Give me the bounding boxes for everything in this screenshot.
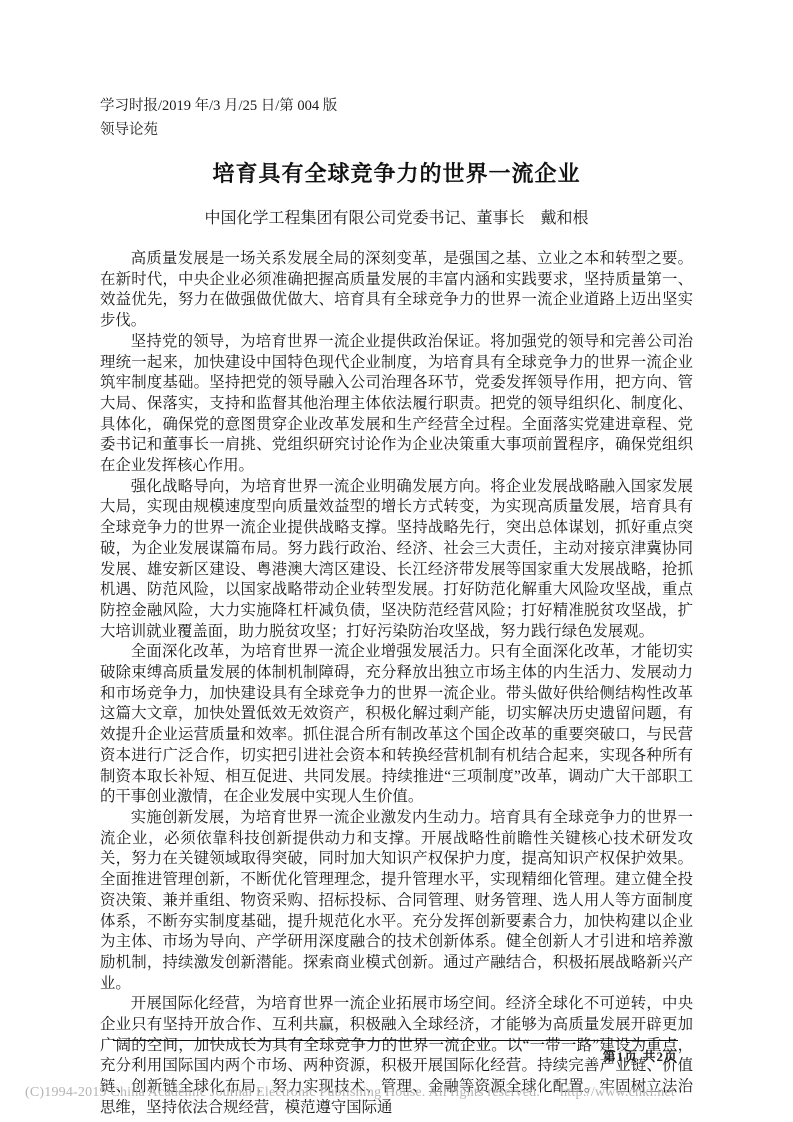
article-title: 培育具有全球竞争力的世界一流企业 [100,159,693,189]
copyright-notice: (C)1994-2019 China Academic Journal Elec… [25,1085,765,1101]
body-paragraph: 坚持党的领导，为培育世界一流企业提供政治保证。将加强党的领导和完善公司治理统一起… [100,332,693,477]
body-paragraph: 全面深化改革，为培育世界一流企业增强发展活力。只有全面深化改革，才能切实破除束缚… [100,642,693,808]
page-number: 第1页 共2页 [113,1046,678,1065]
document-content: 学习时报/2019 年/3 月/25 日/第 004 版 领导论苑 培育具有全球… [100,94,693,1119]
footer-divider [113,1040,678,1041]
article-byline: 中国化学工程集团有限公司党委书记、董事长 戴和根 [100,208,693,230]
copyright-text: (C)1994-2019 China Academic Journal Elec… [25,1085,540,1100]
body-paragraph: 高质量发展是一场关系发展全局的深刻变革，是强国之基、立业之本和转型之要。在新时代… [100,249,693,332]
document-page: 学习时报/2019 年/3 月/25 日/第 004 版 领导论苑 培育具有全球… [0,0,793,1122]
copyright-url: http://www.cnki.net [560,1085,675,1100]
body-paragraph: 实施创新发展，为培育世界一流企业激发内生动力。培育具有全球竞争力的世界一流企业，… [100,808,693,994]
article-body: 高质量发展是一场关系发展全局的深刻变革，是强国之基、立业之本和转型之要。在新时代… [100,249,693,1119]
document-header: 学习时报/2019 年/3 月/25 日/第 004 版 领导论苑 [100,94,693,142]
section-name: 领导论苑 [100,118,693,142]
body-paragraph: 强化战略导向，为培育世界一流企业明确发展方向。将企业发展战略融入国家发展大局，实… [100,477,693,643]
source-citation-line: 学习时报/2019 年/3 月/25 日/第 004 版 [100,94,693,118]
